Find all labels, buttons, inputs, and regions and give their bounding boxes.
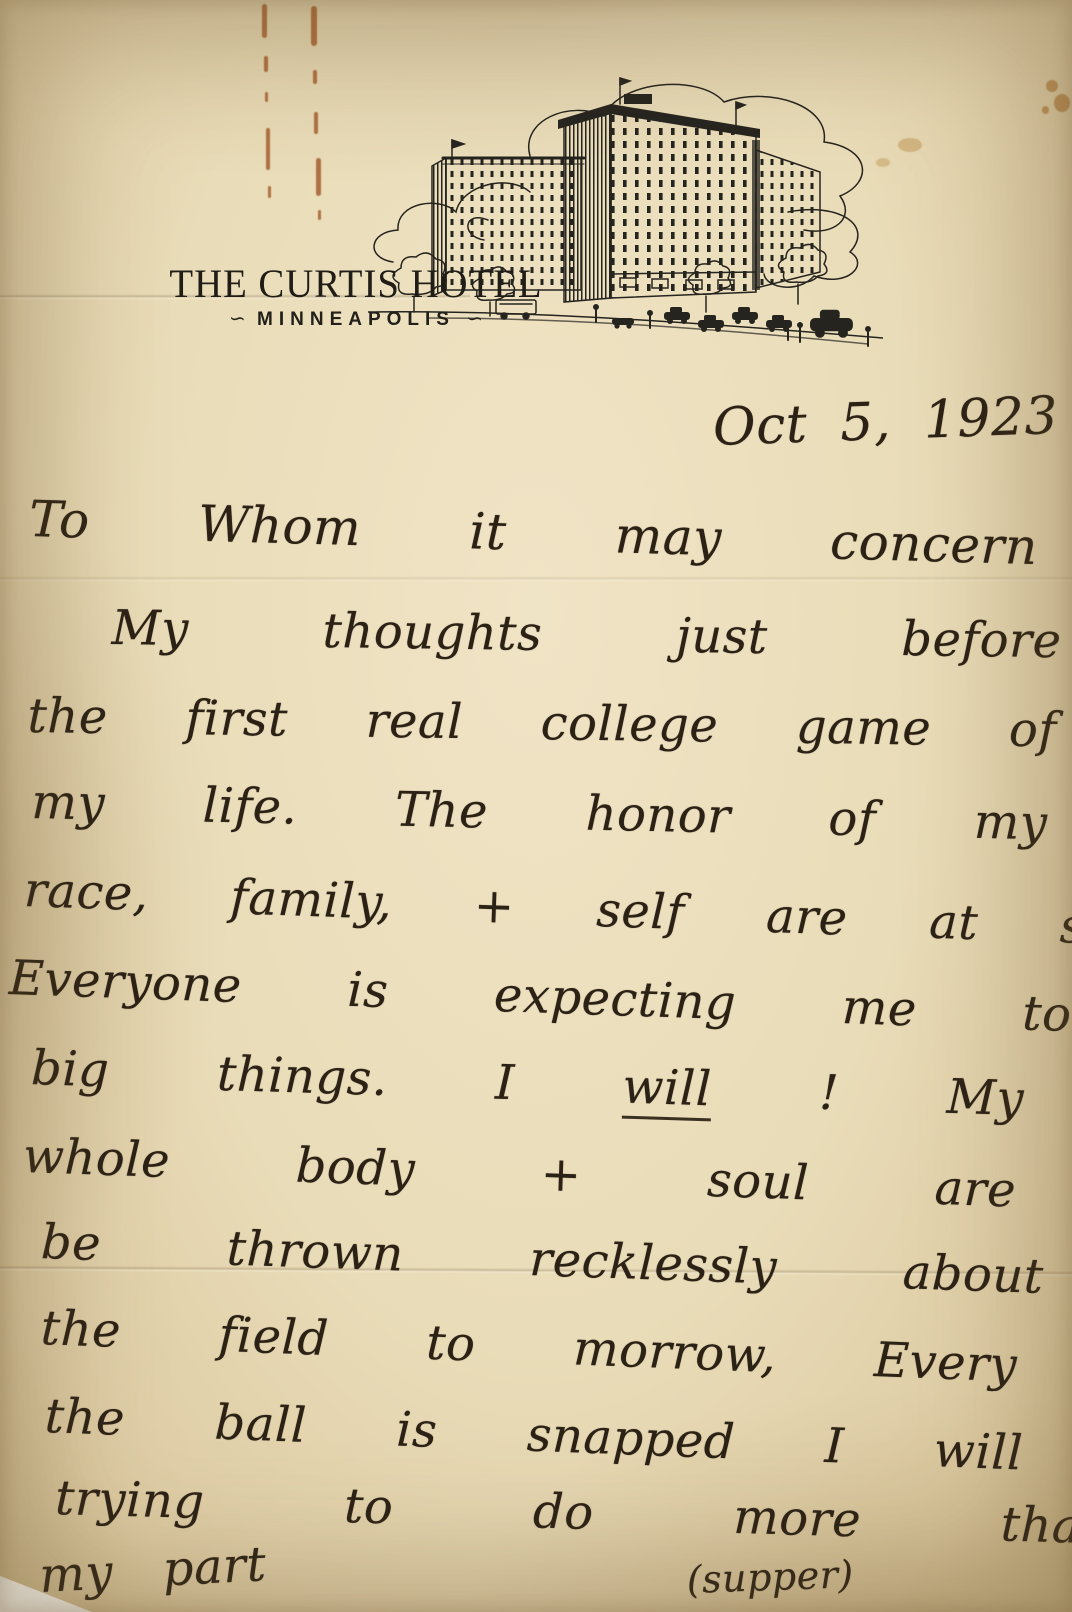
age-spot — [1046, 80, 1058, 92]
age-spot — [1054, 94, 1070, 112]
handwritten-line: my life. The honor of my — [31, 774, 1048, 851]
letter-page: THE CURTIS HOTEL ∽ MINNEAPOLIS ∽ Oct 5, … — [0, 0, 1072, 1612]
handwritten-line: the first real college game of — [27, 688, 1057, 758]
rust-stain — [266, 128, 270, 170]
line-segment: big things. I — [30, 1040, 623, 1115]
handwritten-line: be thrown recklessly about on — [40, 1214, 1072, 1311]
rust-stain — [314, 112, 318, 134]
flourish-left: ∽ — [229, 306, 246, 330]
rust-stain — [268, 186, 271, 198]
age-spot — [1042, 106, 1049, 114]
letterhead-hotel-name: THE CURTIS HOTEL — [152, 260, 559, 307]
annotation-supper: (supper) — [686, 1552, 854, 1602]
letterhead-city: ∽ MINNEAPOLIS ∽ — [146, 306, 566, 331]
underlined-word: will — [621, 1059, 712, 1122]
rust-stain — [311, 6, 317, 46]
handwritten-line: my part — [38, 1536, 268, 1604]
line-segment: ! My — [711, 1061, 1025, 1127]
rust-stain — [313, 70, 317, 84]
letterhead-city-name: MINNEAPOLIS — [257, 309, 455, 330]
handwritten-line: Everyone is expecting me to do — [8, 950, 1072, 1049]
rust-stain — [316, 158, 321, 196]
handwritten-line: race, family, + self are at stake — [23, 862, 1072, 959]
handwritten-line: the ball is snapped I will be — [44, 1388, 1072, 1487]
rust-stain — [262, 4, 267, 38]
age-spot — [898, 138, 922, 152]
handwritten-line: My thoughts just before — [111, 600, 1062, 669]
handwritten-line: whole body + soul are to — [22, 1128, 1072, 1225]
handwritten-line: the field to morrow, Every time — [40, 1300, 1072, 1401]
fold-crease — [0, 576, 1072, 582]
letter-date: Oct 5, 1923 — [712, 386, 1059, 458]
salutation: To Whom it may concern :— — [28, 490, 1072, 581]
flourish-right: ∽ — [466, 306, 483, 330]
rust-stain — [264, 56, 268, 72]
rust-stain — [265, 92, 268, 102]
handwritten-line: big things. I will ! My — [30, 1040, 1025, 1127]
rust-stain — [318, 210, 321, 220]
